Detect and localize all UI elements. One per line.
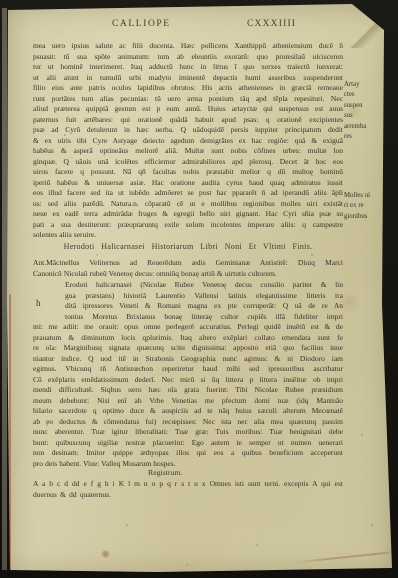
text-line: bunt: quibuscunq uigiliæ nostræ placueri… <box>33 438 343 449</box>
text-line: habẽus & asperã optineãus meliorẽ aliã. … <box>33 146 343 157</box>
letter-text: mi: me adiit: me orauit: opus omne perle… <box>33 322 343 469</box>
text-line: pati a sua destiterunt: præoptaruntq exi… <box>33 220 343 231</box>
text-line: gua præstans) historiã Laurentio Vallens… <box>65 291 343 302</box>
text-line: duernus & dd quaternus. <box>33 490 343 501</box>
text-line: gionibus <box>344 212 386 222</box>
text-line: non desinam: Imitor quippe æthyopas illo… <box>33 448 343 459</box>
text-line: mendi difficultatẽ. Siqbus uero hæc oĩa … <box>33 385 343 396</box>
text-line: ginquæ. Q uãuis unã icolẽtes efficiemur … <box>33 157 343 168</box>
text-line: ctes <box>344 90 386 100</box>
text-line: res <box>344 132 386 142</box>
text-line: niantur indice. Q uod itẽ in Strabonis G… <box>33 354 343 365</box>
margin-note-molles: Molles uiri ex regionibus <box>344 191 386 222</box>
text-line: solentes aliis seruire. <box>33 230 343 241</box>
text-line: Artay <box>344 80 386 90</box>
stain <box>336 292 362 312</box>
folio-number: CXXXIIII <box>247 19 296 29</box>
text-line: meum debebunt: Nisi enĩ ab Vrbe Venetias… <box>33 396 343 407</box>
text-line: Cũ exẽplaris emẽdatissimum dederĩ. Nec m… <box>33 375 343 386</box>
text-line: ri ex re <box>344 201 386 211</box>
page-scan: CALLIOPE CXXXIIII mea uero ipsius salute… <box>0 0 398 578</box>
text-line: re oĩa: Marginibusq signata quæcunq scit… <box>33 343 343 354</box>
register-text: A a b c d dd e f g h i K l m n o p q r s… <box>33 479 343 500</box>
crease-mark <box>294 550 398 563</box>
text-line: uiros facere q possunt. Nã qñ facultas n… <box>33 167 343 178</box>
text-line: filio eius ante patris oculos lapidibus … <box>33 83 343 94</box>
text-line: Canonicũ Nicolaũ rubeũ Venetoę decus: om… <box>33 269 343 280</box>
text-line: ditã ipressores Veneti & Romani magna ex… <box>65 301 343 312</box>
text-line: A a b c d dd e f g h i K l m n o p q r s… <box>33 479 343 490</box>
text-line: Molles ui <box>344 191 386 201</box>
corner-fold-shadow <box>336 4 396 48</box>
text-line: paternus fuit artẽbares: qui orationẽ qu… <box>33 115 343 126</box>
text-line: runt portãtes tum alias pecunias: tũ uer… <box>33 94 343 105</box>
dedication-text: Ant.Mãcinellus Veliternus ad Reuerẽdum æ… <box>33 258 343 279</box>
text-line: Erodoti halicarnasei (Nicolae Rubee Vene… <box>65 280 343 291</box>
facing-page-edge <box>2 8 7 570</box>
text-line: psuasit: tũ sua spõte animatum: tum ab e… <box>33 52 343 63</box>
text-line: ab eo deductus & cõmendatus fui) recœpis… <box>33 417 343 428</box>
running-title: CALLIOPE <box>112 19 171 29</box>
binding-edge-line <box>9 294 11 572</box>
text-line: eos illud facere sed ita ut iubẽdo admõe… <box>33 188 343 199</box>
paper: CALLIOPE CXXXIIII mea uero ipsius salute… <box>6 4 394 576</box>
text-line: mea uero ipsius salute ac filii ducenta.… <box>33 41 343 52</box>
text-line: & ex uiris tibi Cyre Astyage deiecto age… <box>33 136 343 147</box>
text-line: neue ex eadẽ terra admirãdæ fruges & egr… <box>33 209 343 220</box>
initial-guide-letter: h <box>36 298 41 308</box>
text-line: hilario sacerdote q optimo duce & auspic… <box>33 406 343 417</box>
letter-indented-text: Erodoti halicarnasei (Nicolae Rubee Vene… <box>65 280 343 322</box>
foxing-specks <box>6 4 8 6</box>
text-line: Ant.Mãcinellus Veliternus ad Reuerẽdum æ… <box>33 258 343 269</box>
text-line: tonius Moretus Brixianus bonaę litteraę … <box>65 312 343 323</box>
text-line: prauatum & diminutum locis qplurimis. It… <box>33 333 343 344</box>
text-line: ut alii aiunt in tumulũ urbi madyto imin… <box>33 73 343 84</box>
text-line: iperiũ habẽus & uniuersæ asiæ. Hac orati… <box>33 178 343 189</box>
text-line: mi: me adiit: me orauit: opus omne perle… <box>33 322 343 333</box>
stain <box>101 550 110 558</box>
text-line: nunc aberentur. Tuæ igitur liberalitati:… <box>33 427 343 438</box>
finis-line: Herodoti Halicarnasei Historiarum Libri … <box>33 242 343 251</box>
text-line: egimus. Vbicunq tñ Antistœchon reperiret… <box>33 364 343 375</box>
text-line: aliud præterea quippiã gestum est p eum … <box>33 104 343 115</box>
registrum-heading: Registrum. <box>148 468 182 477</box>
body-text: mea uero ipsius salute ac filii ducenta.… <box>33 41 343 241</box>
text-line: us: sed aliis parẽdũ. Natura.n. cõparatũ… <box>33 199 343 210</box>
text-line: tur ut hominẽ interimeret. Itaq adductũ … <box>33 62 343 73</box>
text-line: arremba <box>344 122 386 132</box>
text-line: pro deis habent. Viue: Valleq Musarum ho… <box>33 459 343 470</box>
stain <box>344 104 364 120</box>
text-line: psæ ad Cyrũ detulerunt in hæc uerba. Q u… <box>33 125 343 136</box>
